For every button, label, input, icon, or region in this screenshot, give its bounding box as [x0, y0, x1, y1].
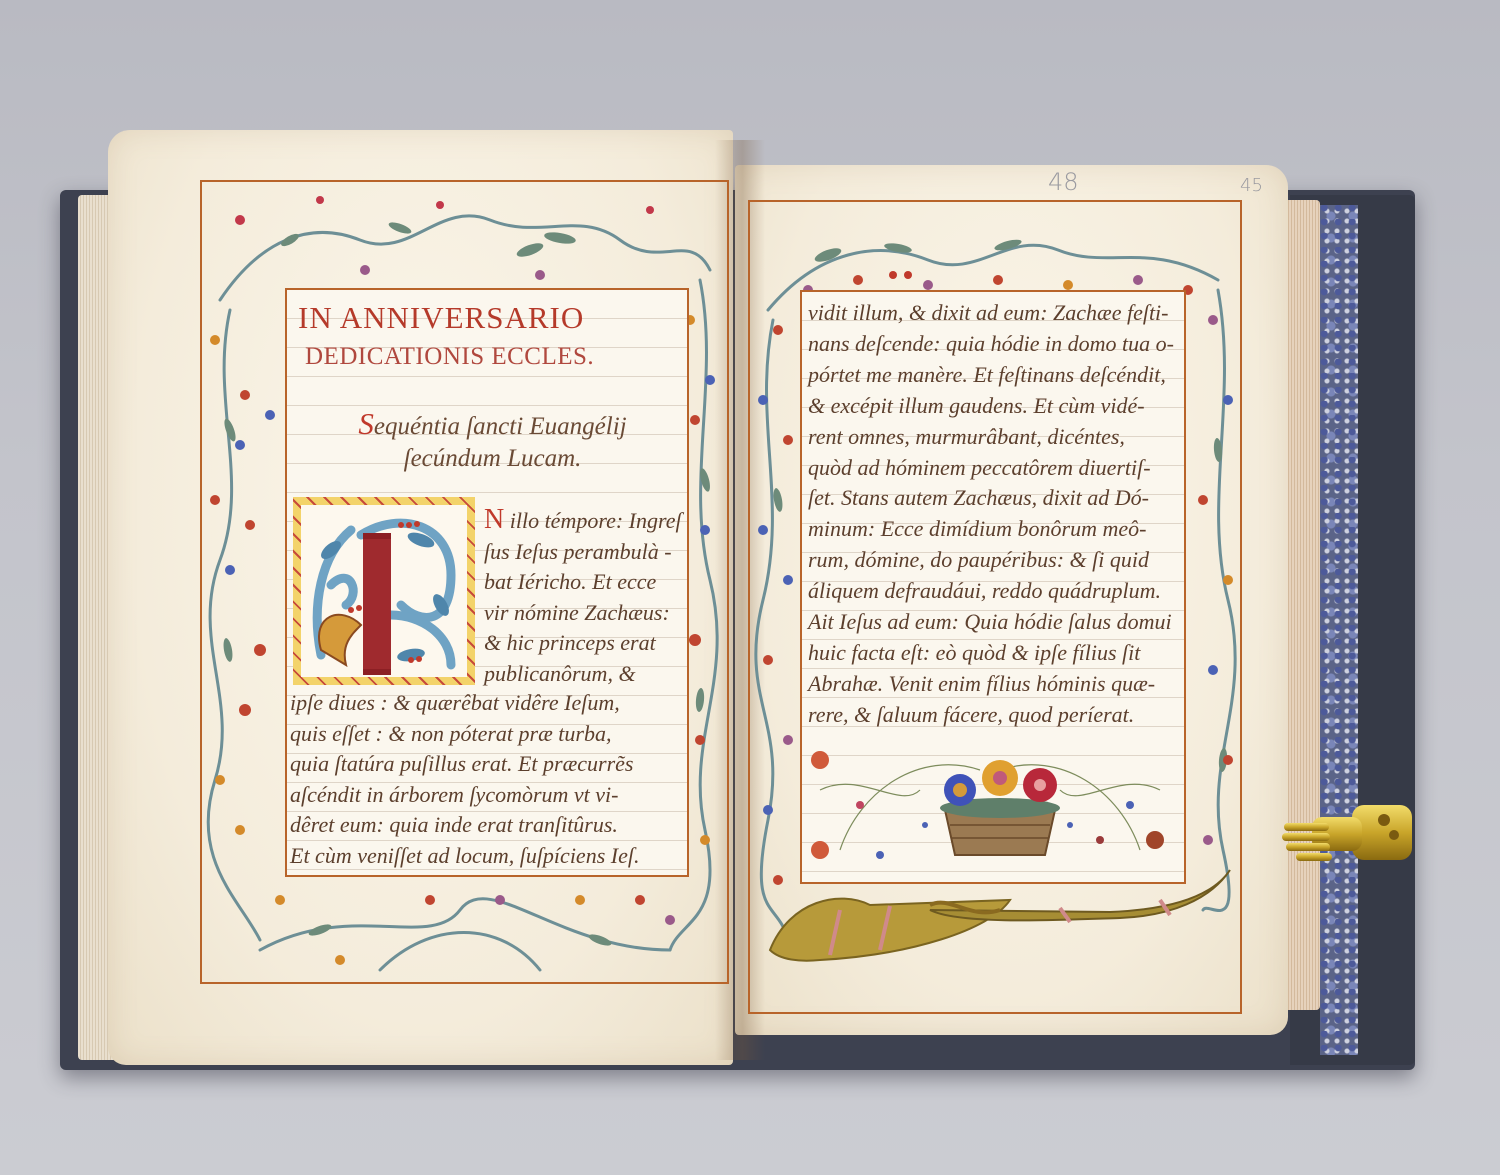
text-line: Ait Ieſus ad eum: Quia hódie ſalus domui	[808, 607, 1180, 638]
gold-hand-clip-icon	[1282, 795, 1422, 875]
text-line: vidit illum, & dixit ad eum: Zachæe feſt…	[808, 298, 1180, 329]
text-line: áliquem defraudáui, reddo quádruplum.	[808, 576, 1180, 607]
heading-line-2: DEDICATIONIS ECCLES.	[305, 343, 690, 371]
text-line: rum, dómine, do paupéribus: & ſi quid	[808, 545, 1180, 576]
text-line: huic facta eſt: eò quòd & ipſe fílius ſi…	[808, 638, 1180, 669]
text-line: & excépit illum gaudens. Et cùm vidé-	[808, 391, 1180, 422]
illuminated-initial-frame	[293, 497, 475, 685]
text-line: vir nómine Zachæus:	[484, 598, 684, 629]
flower-basket-icon	[800, 730, 1184, 880]
subtitle: Sequéntia ſancti Euangélij ſecúndum Luca…	[300, 408, 685, 475]
text-line: Et cùm veniſſet ad locum, ſuſpíciens Ieſ…	[290, 841, 690, 872]
cornucopia-scroll-icon	[760, 860, 1240, 980]
left-lines-beside-initial: N illo témpore: Ingreſ ſus Ieſus perambu…	[484, 505, 684, 689]
text-line: quis eſſet : & non póterat præ turba,	[290, 719, 690, 750]
illuminated-initial	[301, 505, 467, 677]
text-line: pórtet me manère. Et feſtinans deſcéndit…	[808, 360, 1180, 391]
text-line: quòd ad hóminem peccatôrem diuertiſ-	[808, 453, 1180, 484]
text-line: rent omnes, murmurâbant, dicéntes,	[808, 422, 1180, 453]
folio-number-pencil: 48	[1048, 168, 1079, 196]
text-line: quia ſtatúra puſillus erat. Et præcurrẽs	[290, 749, 690, 780]
subtitle-initial: S	[358, 406, 374, 441]
text-line: minum: Ecce dimídium bonôrum meô-	[808, 514, 1180, 545]
folio-number-corner: 45	[1240, 175, 1263, 196]
text-line: ſus Ieſus perambulà -	[484, 537, 684, 568]
drop-letter: N	[484, 504, 504, 535]
left-full-width-lines: ipſe diues : & quærêbat vidêre Ieſum, qu…	[290, 688, 690, 871]
subtitle-line-2: ſecúndum Lucam.	[300, 443, 685, 475]
text-line: dêret eum: quia inde erat tranſitûrus.	[290, 810, 690, 841]
marbled-endpaper	[1320, 205, 1358, 1055]
text-line: ſet. Stans autem Zachæus, dixit ad Dó-	[808, 483, 1180, 514]
text-line: N illo témpore: Ingreſ	[484, 505, 684, 537]
text-line: aſcéndit in árborem ſycomòrum vt vi-	[290, 780, 690, 811]
text-line: ipſe diues : & quærêbat vidêre Ieſum,	[290, 688, 690, 719]
text-line: publicanôrum, &	[484, 659, 684, 690]
text-line: bat Iéricho. Et ecce	[484, 567, 684, 598]
initial-letter-i	[363, 533, 391, 675]
text-line: Abrahæ. Venit enim fílius hóminis quæ-	[808, 669, 1180, 700]
heading-line-1: IN ANNIVERSARIO	[298, 300, 688, 336]
text-line: nans deſcende: quia hódie in domo tua o-	[808, 329, 1180, 360]
subtitle-line-1: equéntia ſancti Euangélij	[374, 413, 627, 440]
right-page-text: vidit illum, & dixit ad eum: Zachæe feſt…	[808, 298, 1180, 731]
text-line: rere, & ſaluum fácere, quod períerat.	[808, 700, 1180, 731]
text-line: & hic princeps erat	[484, 628, 684, 659]
